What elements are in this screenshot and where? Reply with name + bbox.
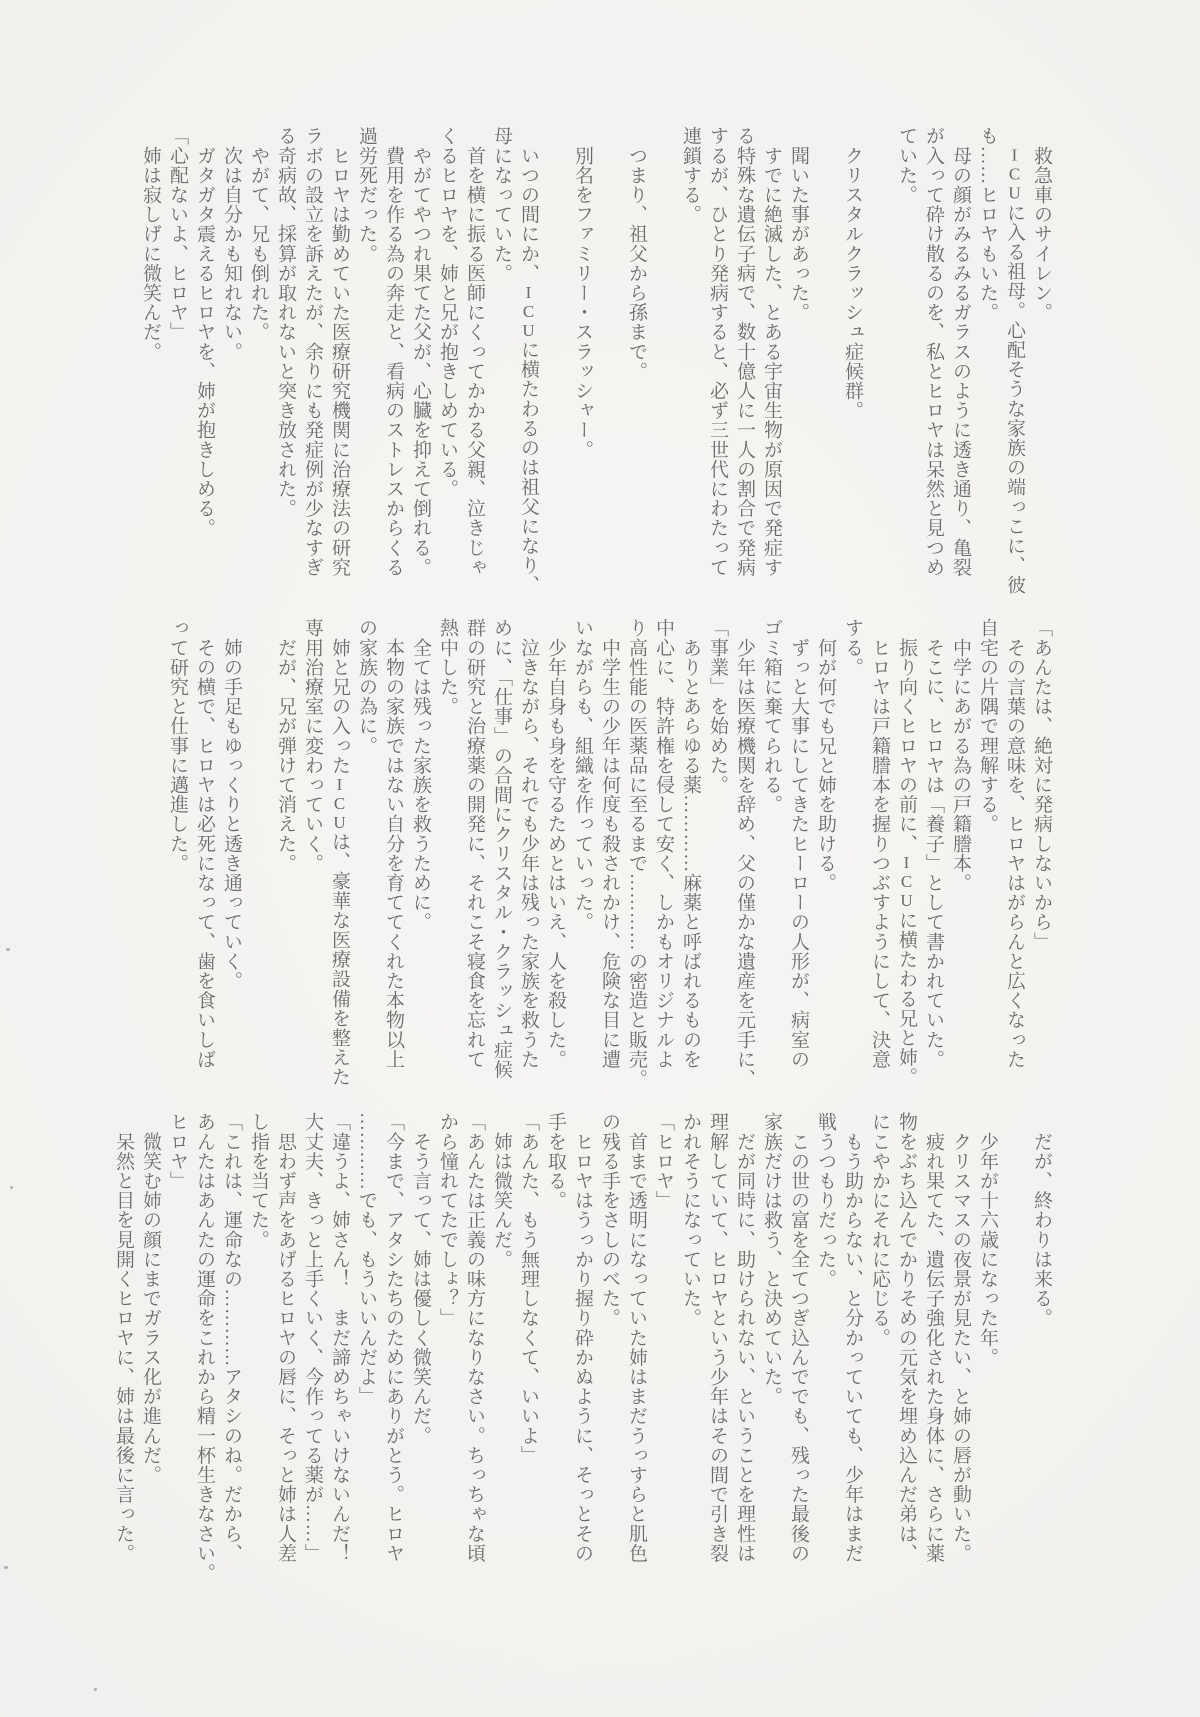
text-column [542,126,569,600]
text-column: だが、兄が弾けて消えた。 [272,618,299,1092]
text-column: 連鎖する。 [677,126,704,600]
upright-latin-run: ICU [330,775,349,832]
text-column: 「違うよ、姉さん！ まだ諦めちゃいけないんだ！ [326,1112,353,1586]
text-column: 首まで透明になっていた姉はまだうっすらと肌色 [623,1112,650,1586]
text-column: 呆然と目を見開くヒロヤに、姉は最後に言った。 [110,1112,137,1586]
scan-speck [10,1186,13,1189]
text-column: その言葉の意味を、ヒロヤはがらんと広くなった [1001,618,1028,1092]
text-column: そこに、ヒロヤは「養子」として書かれていた。 [920,618,947,1092]
scan-speck [4,1566,8,1569]
text-column: って研究と仕事に邁進した。 [164,618,191,1092]
text-column: 「今まで、アタシたちのためにありがとう。ヒロヤ [380,1112,407,1586]
scan-speck [94,1688,97,1691]
text-column: この世の富を全てつぎ込んででも、残った最後の [785,1112,812,1586]
upright-latin-run: ICU [1005,146,1024,203]
text-column: 本物の家族ではない自分を育ててくれた本物以上 [380,618,407,1092]
text-column: 姉と兄の入ったICUは、豪華な医療設備を整えた [326,618,353,1092]
text-column: 姉の手足もゆっくりと透き通っていく。 [218,618,245,1092]
text-column [812,126,839,600]
text-column: 物をぶち込んでかりそめの元気を埋め込んだ弟は、 [893,1112,920,1586]
text-column [650,126,677,600]
text-column: 別名をファミリー・スラッシャー。 [569,126,596,600]
text-column: ゴミ箱に棄てられる。 [758,618,785,1092]
text-column: 姉は微笑んだ。 [488,1112,515,1586]
text-column: あんたはあんたの運命をこれから精一杯生きなさい。 [191,1112,218,1586]
text-column: つまり、祖父から孫まで。 [623,126,650,600]
text-column: 過労死だった。 [353,126,380,600]
text-column: 理解していて、ヒロヤという少年はその間で引き裂 [704,1112,731,1586]
text-column: 疲れ果てた、遺伝子強化された身体に、さらに薬 [920,1112,947,1586]
text-column: …………でも、もういいんだよ」 [353,1112,380,1586]
text-column: 少年が十六歳になった年。 [974,1112,1001,1586]
text-column: 熱中した。 [434,618,461,1092]
text-column: ガタガタ震えるヒロヤを、姉が抱きしめる。 [191,126,218,600]
text-column: めに、「仕事」の合間にクリスタル・クラッシュ症候 [488,618,515,1092]
text-column: 費用を作る為の奔走と、看病のストレスからくる [380,126,407,600]
text-column: いながらも、組織を作っていった。 [569,618,596,1092]
text-column: だが同時に、助けられない、ということを理性は [731,1112,758,1586]
text-column: その横で、ヒロヤは必死になって、歯を食いしば [191,618,218,1092]
text-column: も……ヒロヤもいた。 [974,126,1001,600]
text-column: 微笑む姉の顔にまでガラス化が進んだ。 [137,1112,164,1586]
upright-latin-run: ICU [897,853,916,910]
text-column: ヒロヤはうっかり握り砕かぬように、そっとその [569,1112,596,1586]
text-column: するが、ひとり発病すると、必ず三世代にわたって [704,126,731,600]
text-column: そう言って、姉は優しく微笑んだ。 [407,1112,434,1586]
text-column: 振り向くヒロヤの前に、ICUに横たわる兄と姉。 [893,618,920,1092]
text-column: する。 [839,618,866,1092]
text-column: かれそうになっていた。 [677,1112,704,1586]
text-column [245,618,272,1092]
text-column: くるヒロヤを、姉と兄が抱きしめている。 [434,126,461,600]
text-section-middle: 「あんたは、絶対に発病しないから」 その言葉の意味を、ヒロヤはがらんと広くなった… [164,618,1055,1092]
text-section-top: 救急車のサイレン。 ICUに入る祖母。心配そうな家族の端っこに、彼も……ヒロヤも… [137,126,1055,600]
text-column: から憧れてたでしょ？」 [434,1112,461,1586]
text-section-bottom: だが、終わりは来る。 少年が十六歳になった年。 クリスマスの夜景が見たい、と姉の… [110,1112,1055,1586]
text-column: 少年自身も身を守るためとはいえ、人を殺した。 [542,618,569,1092]
text-column: 「ヒロヤ」 [650,1112,677,1586]
text-column: 専用治療室に変わっていく。 [299,618,326,1092]
text-column: クリスタルクラッシュ症候群。 [839,126,866,600]
text-column: 自宅の片隅で理解する。 [974,618,1001,1092]
scan-speck [6,948,10,951]
text-column: ICUに入る祖母。心配そうな家族の端っこに、彼 [1001,126,1028,600]
upright-latin-run: ICU [519,283,538,340]
text-column: ていた。 [893,126,920,600]
text-column: 母の顔がみるみるガラスのように透き通り、亀裂 [947,126,974,600]
text-column: 中心に、特許権を侵して安く、しかもオリジナルよ [650,618,677,1092]
text-column: る特殊な遺伝子病で、数十億人に一人の割合で発病 [731,126,758,600]
text-column: が入って砕け散るのを、私とヒロヤは呆然と見つめ [920,126,947,600]
text-column: 手を取る。 [542,1112,569,1586]
text-column: 首を横に振る医師にくってかかる父親、泣きじゃ [461,126,488,600]
text-column: る奇病故、採算が取れないと突き放された。 [272,126,299,600]
text-column: 母になっていた。 [488,126,515,600]
text-column [596,126,623,600]
text-column: 「事業」を始めた。 [704,618,731,1092]
text-column: 戦うつもりだった。 [812,1112,839,1586]
text-column: いつの間にか、ICUに横たわるのは祖父になり、 [515,126,542,600]
text-column: だが、終わりは来る。 [1028,1112,1055,1586]
text-column: 何が何でも兄と姉を助ける。 [812,618,839,1092]
text-column: 「あんたは正義の味方になりなさい。ちっちゃな頃 [461,1112,488,1586]
text-column: 救急車のサイレン。 [1028,126,1055,600]
text-column: やがてやつれ果てた父が、心臓を抑えて倒れる。 [407,126,434,600]
text-column [866,126,893,600]
text-column: ラボの設立を訴えたが、余りにも発症例が少なすぎ [299,126,326,600]
text-column: もう助からない、と分かっていても、少年はまだ [839,1112,866,1586]
text-column: 家族だけは救う、と決めていた。 [758,1112,785,1586]
text-column: 「あんたは、絶対に発病しないから」 [1028,618,1055,1092]
text-column: にこやかにそれに応じる。 [866,1112,893,1586]
text-column: やがて、兄も倒れた。 [245,126,272,600]
text-column: 中学にあがる為の戸籍謄本。 [947,618,974,1092]
text-column: 「心配ないよ、ヒロヤ」 [164,126,191,600]
text-column: 少年は医療機関を辞め、父の僅かな遺産を元手に、 [731,618,758,1092]
text-column: し指を当てた。 [245,1112,272,1586]
text-column: ヒロヤは戸籍謄本を握りつぶすようにして、決意 [866,618,893,1092]
text-column: 思わず声をあげるヒロヤの唇に、そっと姉は人差 [272,1112,299,1586]
text-column: ヒロヤは勤めていた医療研究機関に治療法の研究 [326,126,353,600]
text-column [1001,1112,1028,1586]
text-column: ありとあらゆる薬…………麻薬と呼ばれるものを [677,618,704,1092]
text-column: り高性能の医薬品に至るまで…………の密造と販売。 [623,618,650,1092]
text-column: 群の研究と治療薬の開発に、それこそ寝食を忘れて [461,618,488,1092]
text-column: ヒロヤ」 [164,1112,191,1586]
text-column: の残る手をさしのべた。 [596,1112,623,1586]
text-column: 全ては残った家族を救うために。 [407,618,434,1092]
text-column: 姉は寂しげに微笑んだ。 [137,126,164,600]
text-column: 大丈夫、きっと上手くいく、今作ってる薬が……」 [299,1112,326,1586]
text-column: の家族の為に。 [353,618,380,1092]
text-column: 「これは、運命なの…………アタシのね。だから、 [218,1112,245,1586]
scanned-page: 救急車のサイレン。 ICUに入る祖母。心配そうな家族の端っこに、彼も……ヒロヤも… [0,0,1200,1717]
text-column: 中学生の少年は何度も殺されかけ、危険な目に遭 [596,618,623,1092]
text-column: ずっと大事にしてきたヒーローの人形が、病室の [785,618,812,1092]
text-column: クリスマスの夜景が見たい、と姉の唇が動いた。 [947,1112,974,1586]
text-column: すでに絶滅した、とある宇宙生物が原因で発症す [758,126,785,600]
text-column: 「あんた、もう無理しなくて、いいよ」 [515,1112,542,1586]
text-column: 聞いた事があった。 [785,126,812,600]
text-column: 泣きながら、それでも少年は残った家族を救うた [515,618,542,1092]
text-column: 次は自分かも知れない。 [218,126,245,600]
